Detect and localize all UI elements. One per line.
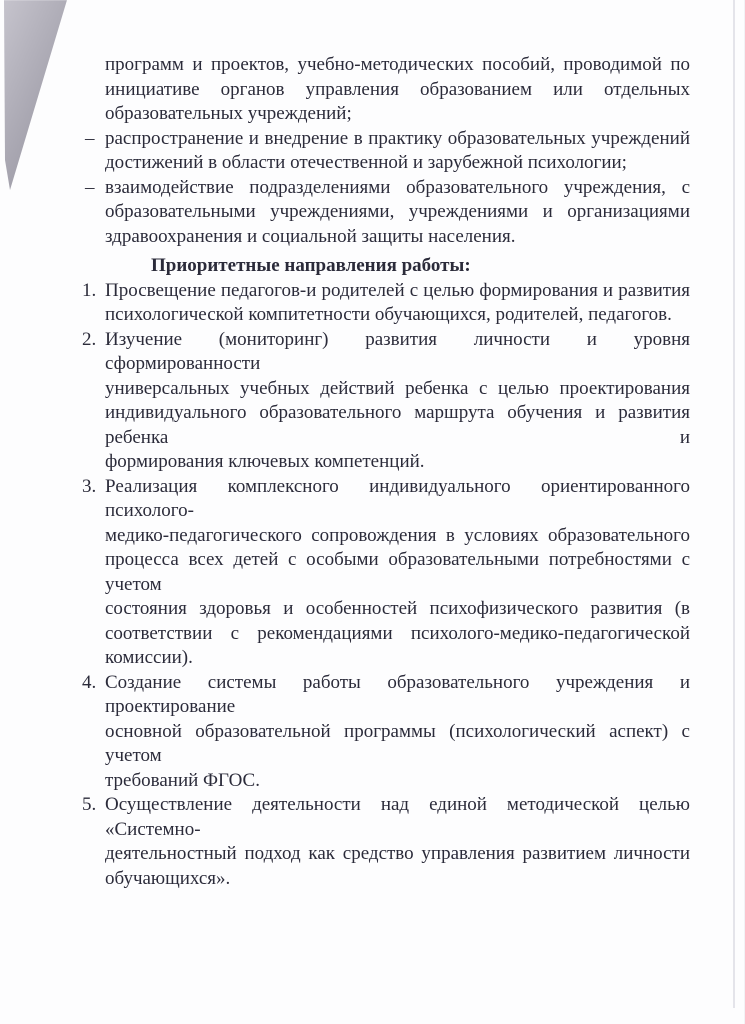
numbered-item-5-line: обучающихся». [105, 867, 690, 892]
item-number-marker: 1. [82, 279, 96, 304]
numbered-item-3: Реализация комплексного индивидуального … [105, 475, 690, 671]
bullet-list: распространение и внедрение в практику о… [105, 127, 690, 250]
bullet-dash-marker: – [85, 127, 95, 152]
numbered-item-1-line: психологической компитетности обучающихс… [105, 303, 690, 328]
numbered-item-3-line: Реализация комплексного индивидуального … [105, 475, 690, 524]
bullet-item-1: распространение и внедрение в практику о… [105, 127, 690, 176]
numbered-list: Просвещение педагогов-и родителей с цель… [105, 279, 690, 892]
numbered-item-2-line: формирования ключевых компетенций. [105, 450, 690, 475]
numbered-item-3-line: состояния здоровья и особенностей психоф… [105, 597, 690, 622]
numbered-item-5-line: деятельностный подход как средство управ… [105, 842, 690, 867]
intro-paragraph: программ и проектов, учебно-методических… [105, 53, 690, 127]
numbered-item-4-line: требований ФГОС. [105, 769, 690, 794]
section-heading: Приоритетные направления работы: [105, 254, 690, 279]
numbered-item-1: Просвещение педагогов-и родителей с цель… [105, 279, 690, 328]
item-number-marker: 3. [82, 475, 96, 500]
bullet-dash-marker: – [85, 176, 95, 201]
numbered-item-5-line: Осуществление деятельности над единой ме… [105, 793, 690, 842]
bullet-item-1-line: распространение и внедрение в практику о… [105, 127, 690, 152]
bullet-item-2-line: образовательными учреждениями, учреждени… [105, 200, 690, 225]
document-text: программ и проектов, учебно-методических… [105, 53, 690, 891]
numbered-item-1-line: Просвещение педагогов-и родителей с цель… [105, 279, 690, 304]
numbered-item-4-line: Создание системы работы образовательного… [105, 671, 690, 720]
intro-paragraph-text-line: программ и проектов, учебно-методических… [105, 53, 690, 78]
numbered-item-2-line: индивидуального образовательного маршрут… [105, 401, 690, 450]
bullet-item-2-line: взаимодействие подразделениями образоват… [105, 176, 690, 201]
numbered-item-4: Создание системы работы образовательного… [105, 671, 690, 794]
numbered-item-3-line: процесса всех детей с особыми образовате… [105, 548, 690, 597]
item-number-marker: 5. [82, 793, 96, 818]
intro-paragraph-text-line: образовательных учреждений; [105, 102, 690, 127]
numbered-item-2-line: Изучение (мониторинг) развития личности … [105, 328, 690, 377]
bullet-item-2-line: здравоохранения и социальной защиты насе… [105, 225, 690, 250]
numbered-item-5: Осуществление деятельности над единой ме… [105, 793, 690, 891]
numbered-item-3-line: комиссии). [105, 646, 690, 671]
numbered-item-2-line: универсальных учебных действий ребенка с… [105, 377, 690, 402]
bullet-item-2: взаимодействие подразделениями образоват… [105, 176, 690, 250]
item-number-marker: 2. [82, 328, 96, 353]
item-number-marker: 4. [82, 671, 96, 696]
numbered-item-2: Изучение (мониторинг) развития личности … [105, 328, 690, 475]
numbered-item-3-line: медико-педагогического сопровождения в у… [105, 524, 690, 549]
numbered-item-3-line: соответствии с рекомендациями психолого-… [105, 622, 690, 647]
intro-paragraph-text-line: инициативе органов управления образовани… [105, 78, 690, 103]
page-right-edge-shadow [733, 0, 735, 1008]
page-corner-fold-artifact [0, 0, 90, 200]
bullet-item-1-line: достижений в области отечественной и зар… [105, 151, 690, 176]
intro-paragraph-text: программ и проектов, учебно-методических… [105, 53, 690, 127]
scanned-page: программ и проектов, учебно-методических… [0, 0, 745, 1024]
numbered-item-4-line: основной образовательной программы (псих… [105, 720, 690, 769]
